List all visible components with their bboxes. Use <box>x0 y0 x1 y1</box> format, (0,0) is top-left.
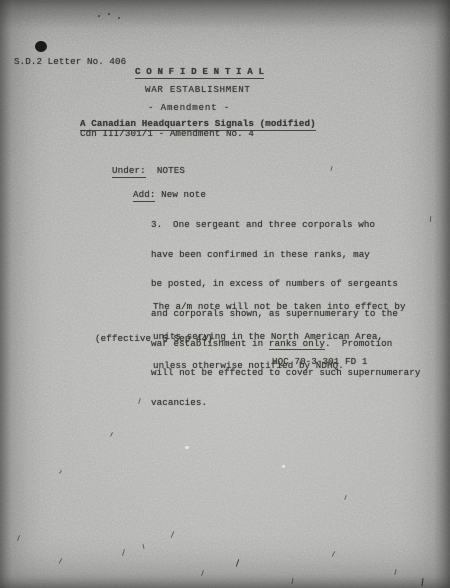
note-line: have been confirmed in these ranks, may <box>151 250 420 260</box>
scan-edge-shadow-right <box>434 0 450 588</box>
reference-number: Cdn III/301/1 - Amendment No. 4 <box>80 129 254 139</box>
classification-stamp: C O N F I D E N T I A L <box>135 67 264 77</box>
effective-date: (effective 5 Sep 44) <box>95 334 213 344</box>
light-speck <box>282 465 285 468</box>
speck-mark <box>118 17 120 19</box>
scratch-mark <box>122 549 125 556</box>
scratch-mark <box>59 558 63 564</box>
scratch-mark <box>171 531 175 538</box>
scratch-mark <box>330 166 332 171</box>
scratch-mark <box>138 398 141 404</box>
scanned-document-page: S.D.2 Letter No. 406 C O N F I D E N T I… <box>0 0 450 588</box>
speck-mark <box>98 15 100 17</box>
add-value: New note <box>161 189 206 200</box>
under-value: NOTES <box>157 165 185 176</box>
scratch-mark <box>236 559 240 567</box>
letter-number: S.D.2 Letter No. 406 <box>14 57 126 67</box>
under-row: Under: NOTES <box>112 166 185 176</box>
note-line: vacancies. <box>151 398 420 408</box>
scan-edge-shadow-left <box>0 0 12 588</box>
scan-edge-shadow-top <box>0 0 450 34</box>
scratch-mark <box>344 495 347 500</box>
speck-mark <box>108 13 110 15</box>
scratch-mark <box>332 551 336 557</box>
under-label: Under: <box>112 165 146 178</box>
document-title: WAR ESTABLISHMENT <box>145 85 251 95</box>
scratch-mark <box>59 470 62 474</box>
hole-punch-mark <box>35 41 47 52</box>
file-reference: HQC 70-3-301 FD 1 <box>272 357 367 367</box>
note-number: 3. <box>151 220 173 230</box>
scratch-mark <box>110 432 113 437</box>
scratch-mark <box>17 535 20 541</box>
scratch-mark <box>430 216 432 222</box>
amendment-subtitle: - Amendment - <box>148 103 230 113</box>
note-line: 3.One sergeant and three corporals who <box>151 220 420 230</box>
scan-edge-shadow-bottom <box>0 574 450 588</box>
add-row: Add: New note <box>133 190 206 200</box>
paragraph-line: The a/m note will not be taken into effe… <box>153 302 406 312</box>
light-speck <box>185 446 189 449</box>
scratch-mark <box>142 544 144 549</box>
